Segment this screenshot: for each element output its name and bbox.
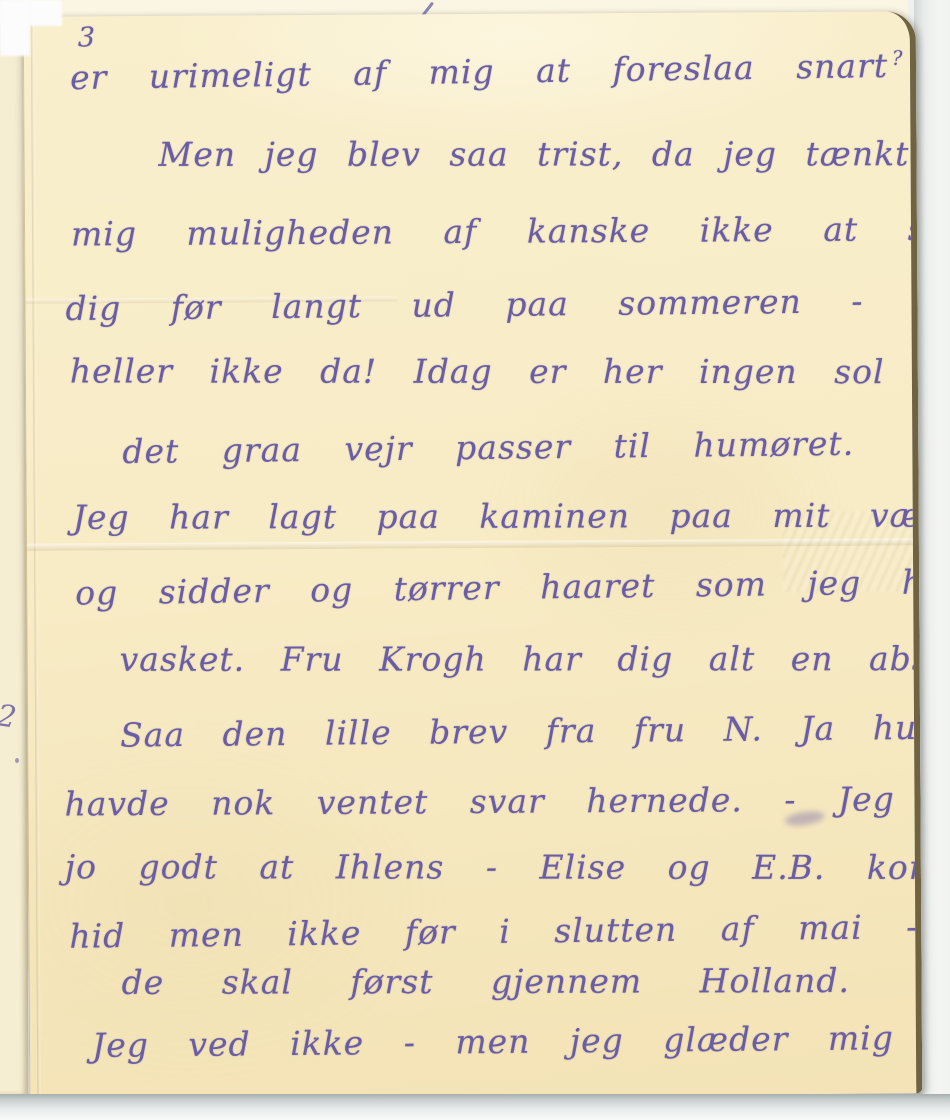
handwriting-line-9: vasket. Fru Krogh har dig alt en absinth… (120, 639, 923, 679)
horizontal-fold-crease-middle (27, 538, 913, 550)
handwriting-line-7: Jeg har lagt paa kaminen paa mit værelse (73, 495, 923, 536)
scanned-letter-page: 2 3 er urimeligt af mig at foreslaa snar… (0, 0, 950, 1120)
handwriting-line-13: hid men ikke før i slutten af mai - (69, 907, 918, 956)
superscript-question-mark: ? (892, 47, 904, 70)
page-number: 3 (78, 22, 95, 53)
scanner-glare-left (0, 0, 30, 56)
handwriting-line-5: heller ikke da! Idag er her ingen sol - (70, 351, 922, 391)
handwriting-line-14: de skal først gjennem Holland. (122, 961, 850, 1002)
handwriting-line-8: og sidder og tørrer haaret som jeg har (75, 562, 922, 613)
handwriting-line-3: mig muligheden af kanske ikke at se (71, 209, 922, 253)
scanner-background-bottom (0, 1094, 950, 1120)
handwriting-line-4: dig før langt ud paa sommeren - og (65, 280, 922, 328)
handwriting-line-6: det graa vejr passer til humøret. (122, 424, 854, 471)
handwriting-line-1: er urimeligt af mig at foreslaa snart? (70, 46, 904, 97)
handwriting-line-10: Saa den lille brev fra fru N. Ja hun (120, 708, 922, 755)
handwriting-line-12: jo godt at Ihlens - Elise og E.B. kommer (65, 847, 922, 887)
handwriting-line-15: Jeg ved ikke - men jeg glæder migikke (92, 1017, 922, 1065)
letter-page: 3 er urimeligt af mig at foreslaa snart?… (23, 11, 923, 1098)
stray-ink-dot (15, 758, 19, 763)
handwriting-line-2: Men jeg blev saa trist, da jeg tænkte (159, 134, 923, 174)
vertical-fold-crease (31, 17, 42, 1099)
handwriting-line-11: havde nok ventet svar hernede. - Jeg ved (64, 779, 922, 824)
